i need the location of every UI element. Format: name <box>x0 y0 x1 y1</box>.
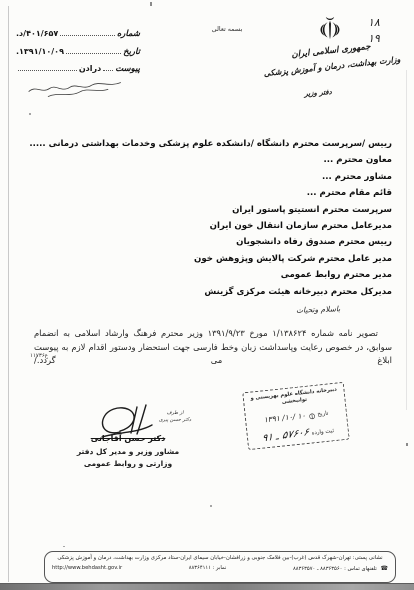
footer-fax: نمابر : ۸۸۳۶۴۱۱۱ <box>189 565 227 571</box>
signer-name: دکتر حسن آقاجانی <box>86 434 170 443</box>
scan-edge-line-left <box>8 6 9 582</box>
recipient-line: مدیرکل محترم دبیرخانه هیئت مرکزی گزینش <box>52 284 392 300</box>
recipient-line: مشاور محترم ... <box>52 169 392 185</box>
scan-edge-line-right <box>406 70 407 410</box>
letterhead-office: دفتر وزیر <box>288 86 348 99</box>
stamp-reg-number: ۹۱ ـ ۵۷۶۰۶ <box>261 427 309 445</box>
signer-title-line2: وزارتی و روابط عمومی <box>76 459 180 468</box>
recipient-line: مدیر عامل محترم شرکت پالایش وپژوهش خون <box>52 251 392 267</box>
scan-artifact <box>63 546 65 547</box>
recipient-list: رییس /سرپرست محترم دانشگاه /دانشکده علوم… <box>52 136 392 300</box>
footer-website-url: http://www.behdasht.gov.ir <box>52 565 122 571</box>
footer-phones-text: تلفنهای تماس : ۸۸۳۶۳۵۶۰ ـ ۸۸۳۶۳۵۷۰ <box>293 566 377 572</box>
recipient-line: سرپرست محترم انستیتو پاستور ایران <box>52 202 392 218</box>
scan-artifact <box>406 443 408 446</box>
handwritten-referral-note <box>25 77 126 106</box>
scan-artifact <box>150 2 152 6</box>
corner-number-1: ۱۸ <box>368 15 396 31</box>
recipient-line: مدیرعامل محترم سازمان انتقال خون ایران <box>52 218 392 234</box>
letter-meta-block: شماره .د/۴۰۱/۶۵۷ تاریخ .۱۳۹۱/۱۰/۰۹ پیوست… <box>16 29 140 82</box>
scan-artifact <box>210 505 212 507</box>
signer-title-line1: مشاور وزیر و مدیر کل دفتر <box>76 447 180 456</box>
stamp-date-label: تاریخ <box>317 410 329 417</box>
dotted-leader <box>66 47 121 54</box>
recipient-line: قائم مقام محترم ... <box>52 185 392 201</box>
scan-bottom-band <box>0 583 414 590</box>
meta-date-row: تاریخ .۱۳۹۱/۱۰/۰۹ <box>16 47 140 65</box>
scan-artifact <box>29 113 31 115</box>
registration-stamp: دبیرخانه دانشگاه علوم بهزیستی و توانبخشی… <box>242 382 350 450</box>
number-label: شماره <box>117 29 140 39</box>
letter-body: تصویر نامه شماره ۱/۱۳۸۶۲۴ مورخ ۱۳۹۱/۹/۲۳… <box>34 327 392 368</box>
dotted-leader <box>60 29 115 36</box>
stamp-reg-label: ثبت وارده <box>311 428 334 436</box>
attachment-value: ندارد <box>79 64 101 73</box>
scanned-letter-page: ۱۸ ۱۹ جمهوری اسلامی ایران وزارت بهداشت، … <box>0 0 414 590</box>
number-value: .د/۴۰۱/۶۵۷ <box>16 29 58 38</box>
recipient-line: مدیر محترم روابط عمومی <box>52 267 392 283</box>
stamp-date-value: ۱۳۹۱ /۱۰/ ۱۰ <box>263 411 306 424</box>
date-value: .۱۳۹۱/۱۰/۰۹ <box>16 47 64 56</box>
meta-number-row: شماره .د/۴۰۱/۶۵۷ <box>16 29 140 47</box>
dotted-leader <box>18 64 77 71</box>
recipient-line: رییس محترم صندوق رفاه دانشجویان <box>52 234 392 250</box>
date-label: تاریخ <box>123 47 140 57</box>
footer-address: نشانی پستی: تهران-شهرک قدس (غرب)-بین فلا… <box>52 555 388 561</box>
attachment-label: پیوست <box>115 64 140 74</box>
footer-phones: ☎ تلفنهای تماس : ۸۸۳۶۳۵۶۰ ـ ۸۸۳۶۳۵۷۰ <box>293 565 388 572</box>
phone-icon: ☎ <box>381 565 388 572</box>
typist-reference-code: ۱۱۷۳۶ع <box>30 353 48 359</box>
footer-contact-line: ☎ تلفنهای تماس : ۸۸۳۶۳۵۶۰ ـ ۸۸۳۶۳۵۷۰ نما… <box>52 565 388 572</box>
besmellah-text: بسمه تعالی <box>196 25 258 33</box>
recipient-line: رییس /سرپرست محترم دانشگاه /دانشکده علوم… <box>52 136 392 152</box>
footer-contact-box: نشانی پستی: تهران-شهرک قدس (غرب)-بین فلا… <box>44 551 396 583</box>
iran-emblem-icon <box>318 14 342 44</box>
recipient-line: معاون محترم ... <box>52 152 392 168</box>
stamp-emblem-icon <box>308 405 316 425</box>
handwritten-salutation: باسلام وتحیات <box>296 304 341 315</box>
dotted-leader <box>103 64 113 71</box>
